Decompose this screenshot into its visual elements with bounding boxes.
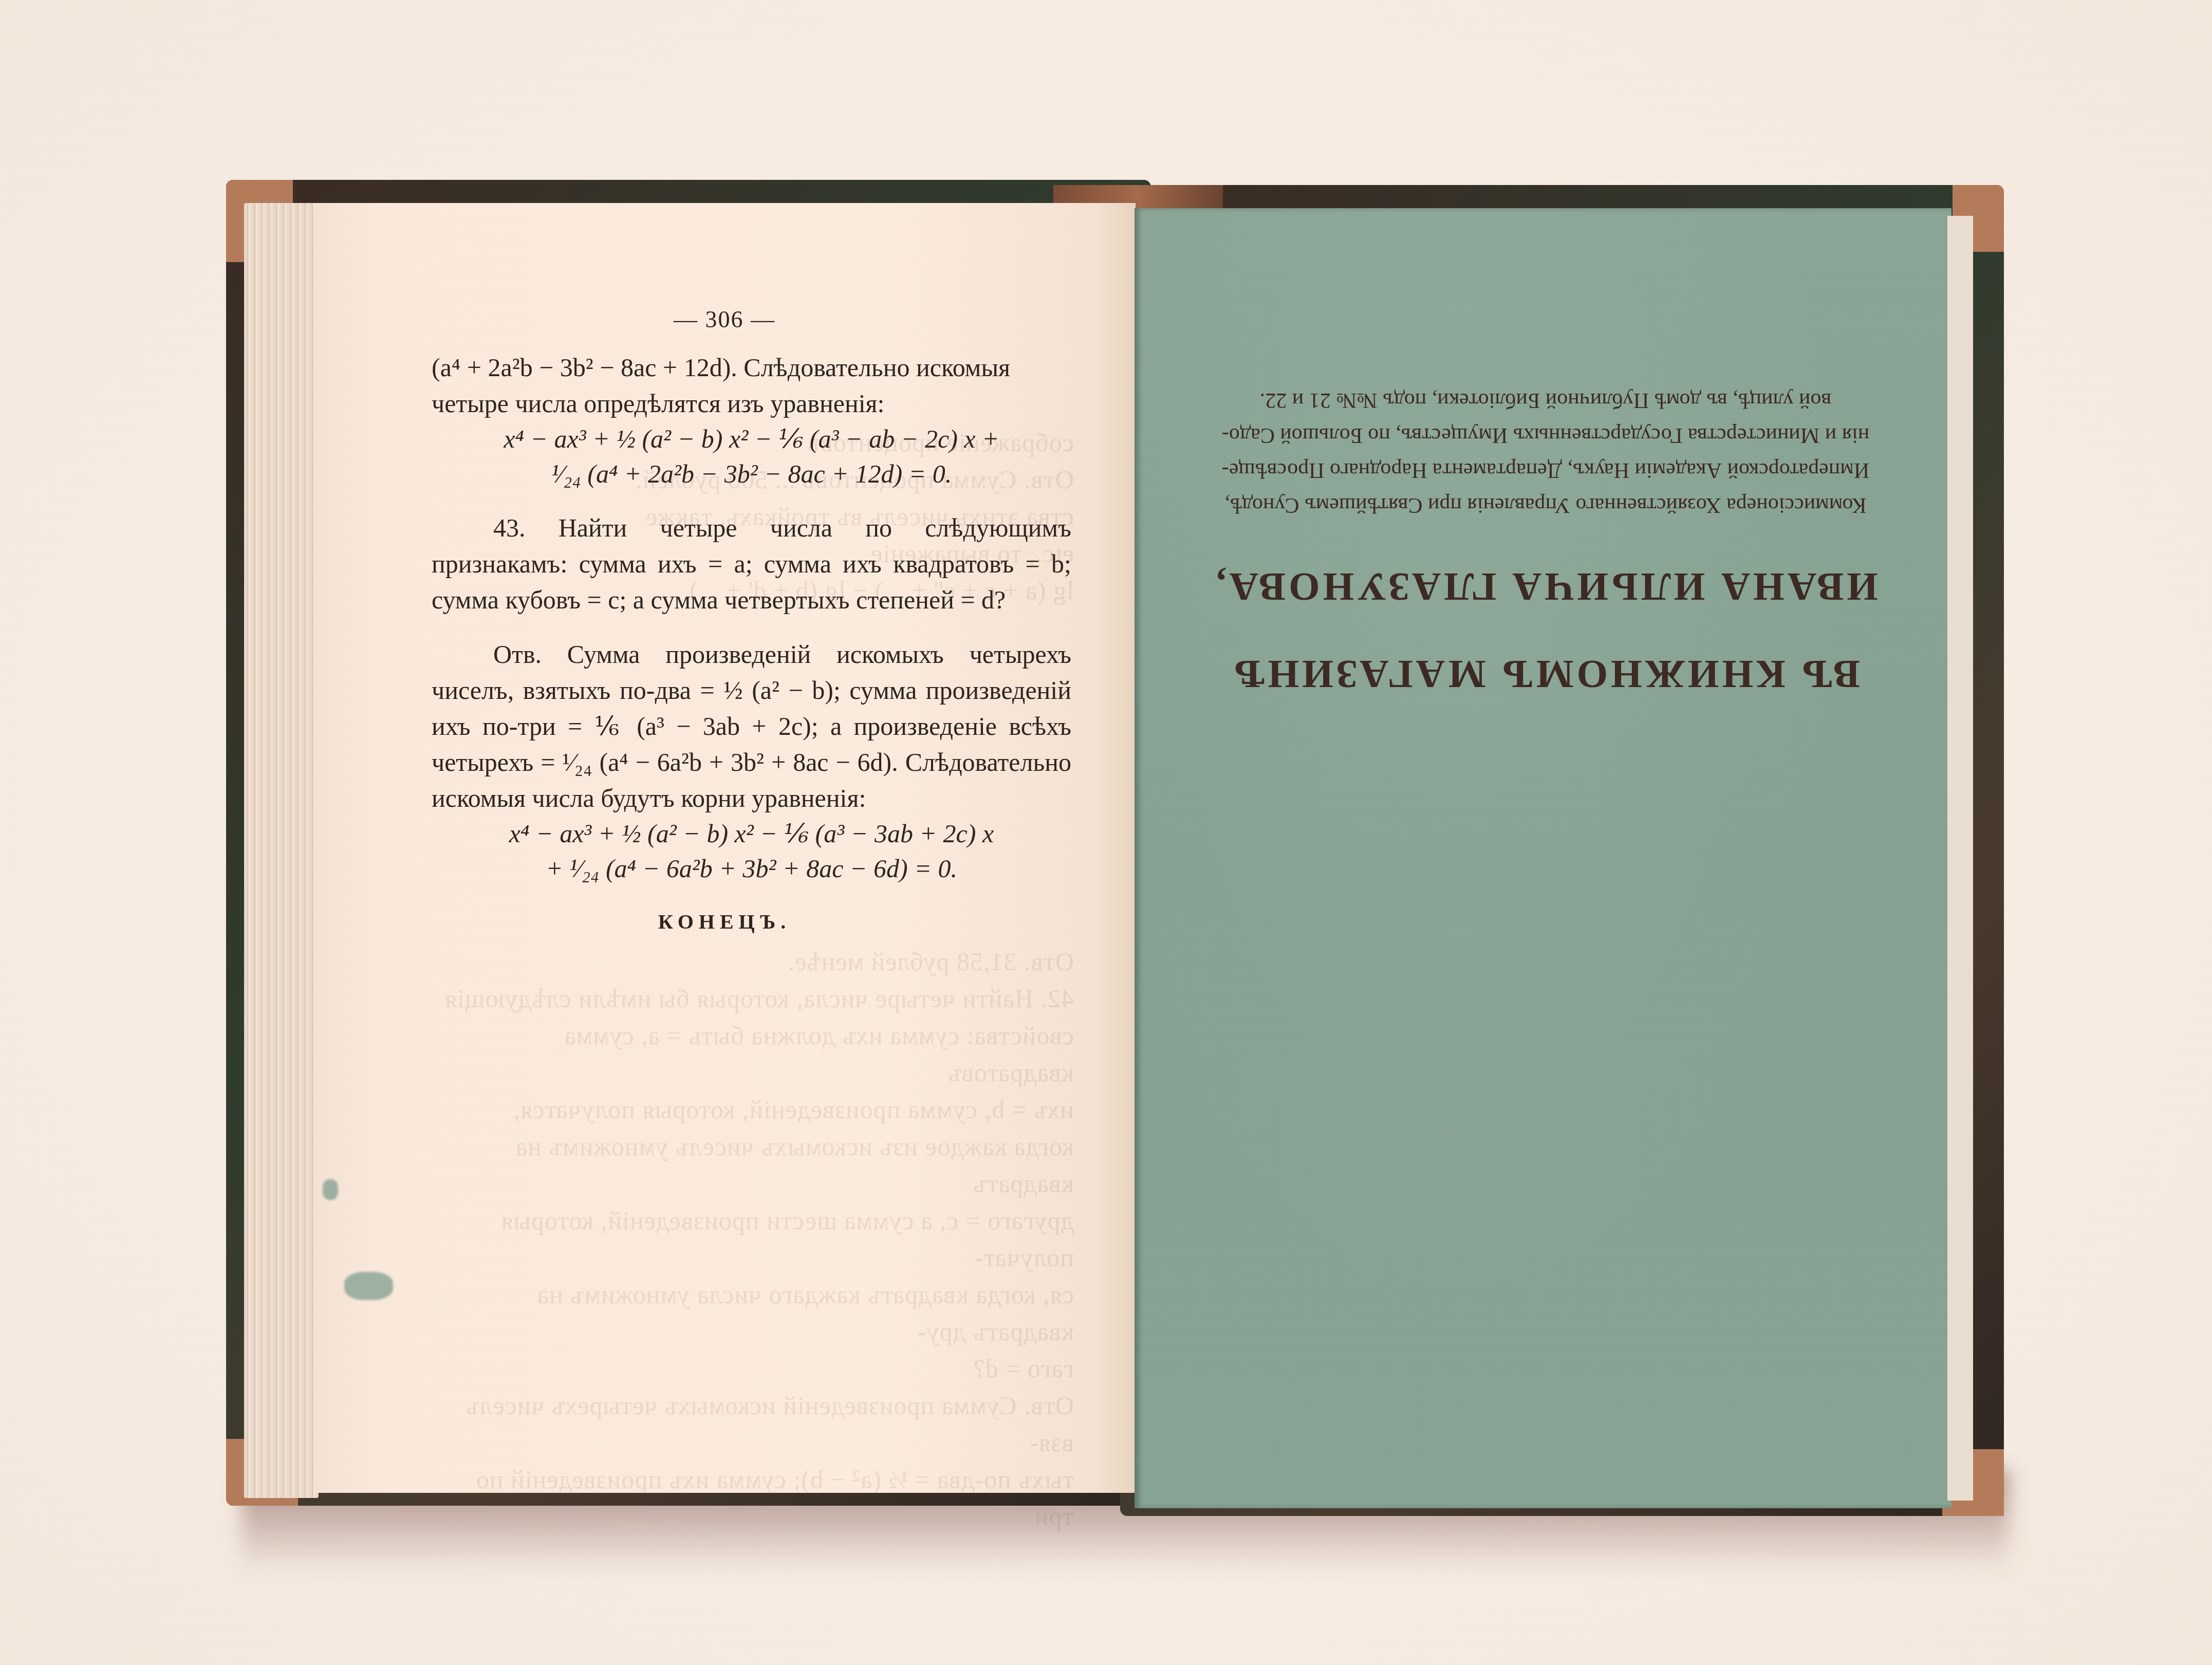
show-through-text-lower: Отв. 31,58 рублей менѣе. 42. Найти четыр… [432, 943, 1074, 1535]
page-body: (a⁴ + 2a²b − 3b² − 8ac + 12d). Слѣдовате… [432, 349, 1071, 886]
imprint-details: Коммиссіонера Хозяйственнаго Управленія … [1196, 383, 1895, 523]
left-page: сображеніе процентовъ Отв. Сумма процент… [313, 203, 1136, 1493]
imprint-line-4: вой улицѣ, въ домѣ Публичной Библіотеки,… [1196, 383, 1895, 418]
page-edges [244, 203, 319, 1498]
ink-stain-large [344, 1272, 393, 1300]
equation-1-line-1: x⁴ − ax³ + ½ (a² − b) x² − ⅙ (a³ − ab − … [432, 421, 1071, 456]
finis-label: КОНЕЦЪ. [313, 910, 1136, 934]
endpaper-edge [1947, 216, 1973, 1501]
page-number: — 306 — [313, 306, 1136, 333]
imprint-line-1: Коммиссіонера Хозяйственнаго Управленія … [1196, 488, 1895, 523]
paragraph-continuation: (a⁴ + 2a²b − 3b² − 8ac + 12d). Слѣдовате… [432, 349, 1071, 385]
imprint-line-2: Императорской Академіи Наукъ, Департамен… [1196, 453, 1895, 488]
answer-paragraph: Отв. Сумма произведеній искомыхъ четырех… [432, 636, 1071, 816]
ink-stain-small [323, 1179, 338, 1200]
right-cover-wrapper: Въ книжномъ магазинѣ Ивана Ильича Глазун… [1135, 208, 1951, 1508]
equation-2-line-2: + ¹⁄₂₄ (a⁴ − 6a²b + 3b² + 8ac − 6d) = 0. [432, 851, 1071, 886]
imprint-heading-shop: Въ книжномъ магазинѣ [1196, 646, 1895, 702]
paragraph-continuation-line2: четыре числа опредѣлятся изъ уравненія: [432, 385, 1071, 421]
publisher-imprint: Въ книжномъ магазинѣ Ивана Ильича Глазун… [1196, 383, 1895, 702]
imprint-line-3: нія и Министерства Государственныхъ Имущ… [1196, 418, 1895, 453]
equation-1-line-2: ¹⁄₂₄ (a⁴ + 2a²b − 3b² − 8ac + 12d) = 0. [432, 456, 1071, 491]
problem-43: 43. Найти четыре числа по слѣдующимъ при… [432, 510, 1071, 618]
equation-2-line-1: x⁴ − ax³ + ½ (a² − b) x² − ⅙ (a³ − 3ab +… [432, 816, 1071, 851]
imprint-heading-publisher: Ивана Ильича Глазунова, [1196, 559, 1895, 615]
